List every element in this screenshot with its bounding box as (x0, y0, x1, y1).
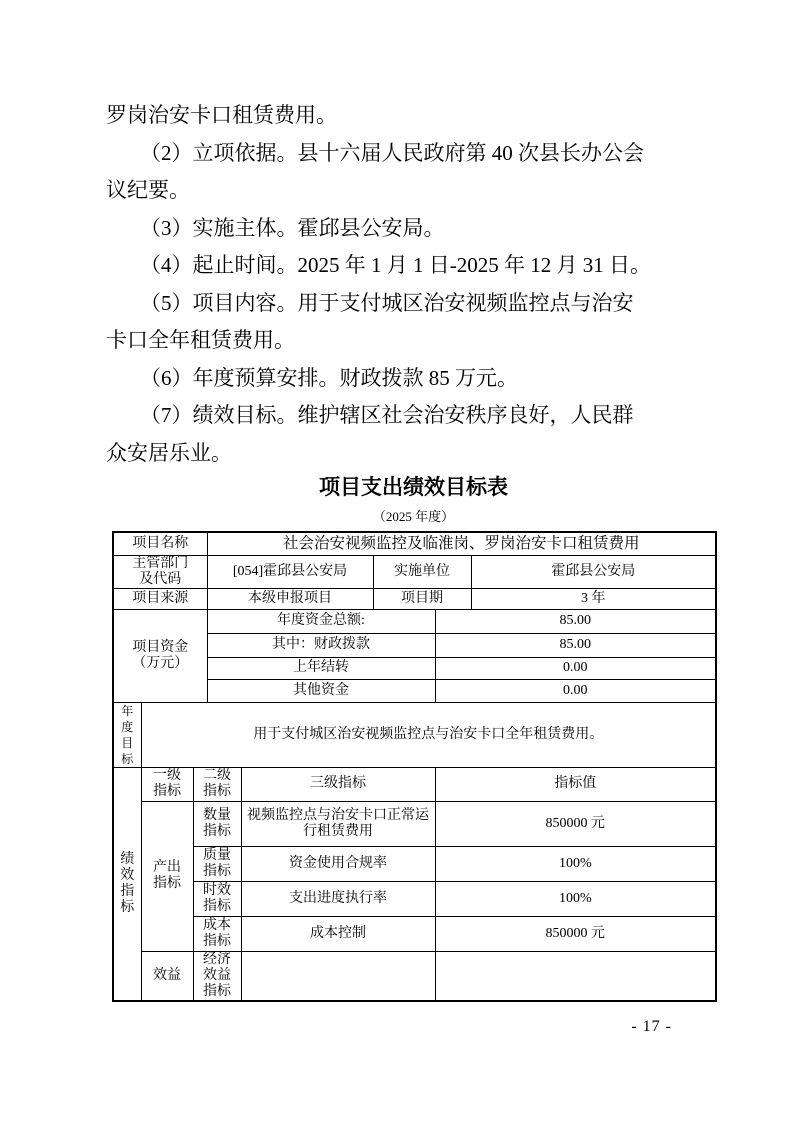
cell-project-name-label: 项目名称 (113, 532, 207, 555)
cell-project-period-value: 3 年 (471, 588, 716, 609)
cell-economic-benefit-label: 经济 效益 指标 (193, 951, 241, 1001)
cell-cost-indicator: 成本控制 (241, 916, 435, 951)
table-row: 质量 指标 资金使用合规率 100% (113, 846, 716, 881)
cell-funds-total-value: 85.00 (435, 609, 716, 633)
cell-funds-fiscal-label: 其中：财政拨款 (207, 633, 435, 657)
table-row: 产出 指标 数量 指标 视频监控点与治安卡口正常运 行租赁费用 850000 元 (113, 801, 716, 846)
cell-header-value: 指标值 (435, 767, 716, 801)
cell-timeliness-indicator: 支出进度执行率 (241, 881, 435, 916)
cell-project-source-label: 项目来源 (113, 588, 207, 609)
table-subtitle: （2025 年度） (112, 509, 715, 525)
cell-header-level3: 三级指标 (241, 767, 435, 801)
cell-timeliness-label: 时效 指标 (193, 881, 241, 916)
paragraph: 罗岗治安卡口租赁费用。 (106, 97, 692, 135)
cell-cost-value: 850000 元 (435, 916, 716, 951)
cell-funds-carryover-label: 上年结转 (207, 657, 435, 679)
table-row: 效益 经济 效益 指标 (113, 951, 716, 1001)
cell-quality-value: 100% (435, 846, 716, 881)
cell-economic-benefit-indicator (241, 951, 435, 1001)
body-text: 罗岗治安卡口租赁费用。 （2）立项依据。县十六届人民政府第 40 次县长办公会 … (106, 97, 692, 472)
paragraph: （4）起止时间。2025 年 1 月 1 日-2025 年 12 月 31 日。 (106, 247, 692, 285)
cell-impl-unit-label: 实施单位 (373, 555, 471, 588)
cell-funds-other-label: 其他资金 (207, 679, 435, 702)
cell-economic-benefit-value (435, 951, 716, 1001)
page-number: - 17 - (631, 1018, 672, 1036)
paragraph: （7）绩效目标。维护辖区社会治安秩序良好，人民群 众安居乐业。 (106, 397, 692, 472)
cell-funds-total-label: 年度资金总额: (207, 609, 435, 633)
table-row: 项目来源 本级申报项目 项目期 3 年 (113, 588, 716, 609)
cell-dept-value: [054]霍邱县公安局 (207, 555, 373, 588)
cell-output-indicator-label: 产出 指标 (141, 801, 193, 951)
cell-project-name-value: 社会治安视频监控及临淮岗、罗岗治安卡口租赁费用 (207, 532, 716, 555)
table-row: 成本 指标 成本控制 850000 元 (113, 916, 716, 951)
cell-timeliness-value: 100% (435, 881, 716, 916)
cell-dept-label: 主管部门 及代码 (113, 555, 207, 588)
performance-target-table: 项目名称 社会治安视频监控及临淮岗、罗岗治安卡口租赁费用 主管部门 及代码 [0… (112, 531, 717, 1002)
cell-project-source-value: 本级申报项目 (207, 588, 373, 609)
paragraph: （3）实施主体。霍邱县公安局。 (106, 210, 692, 248)
cell-annual-goal-text: 用于支付城区治安视频监控点与治安卡口全年租赁费用。 (141, 702, 716, 767)
table-row: 时效 指标 支出进度执行率 100% (113, 881, 716, 916)
cell-header-level1: 一级 指标 (141, 767, 193, 801)
cell-funds-other-value: 0.00 (435, 679, 716, 702)
cell-funds-label: 项目资金 （万元） (113, 609, 207, 702)
cell-quantity-indicator: 视频监控点与治安卡口正常运 行租赁费用 (241, 801, 435, 846)
document-page: 罗岗治安卡口租赁费用。 （2）立项依据。县十六届人民政府第 40 次县长办公会 … (0, 0, 793, 1122)
cell-project-period-label: 项目期 (373, 588, 471, 609)
cell-quantity-value: 850000 元 (435, 801, 716, 846)
cell-quality-label: 质量 指标 (193, 846, 241, 881)
cell-quantity-label: 数量 指标 (193, 801, 241, 846)
table-title: 项目支出绩效目标表 (112, 470, 715, 504)
table-row: 绩 效 指 标 一级 指标 二级 指标 三级指标 指标值 (113, 767, 716, 801)
table-row: 项目资金 （万元） 年度资金总额: 85.00 (113, 609, 716, 633)
cell-funds-carryover-value: 0.00 (435, 657, 716, 679)
cell-benefit-label: 效益 (141, 951, 193, 1001)
cell-impl-unit-value: 霍邱县公安局 (471, 555, 716, 588)
cell-header-level2: 二级 指标 (193, 767, 241, 801)
cell-annual-goal-label: 年 度 目 标 (113, 702, 141, 767)
cell-quality-indicator: 资金使用合规率 (241, 846, 435, 881)
table-row: 项目名称 社会治安视频监控及临淮岗、罗岗治安卡口租赁费用 (113, 532, 716, 555)
paragraph: （6）年度预算安排。财政拨款 85 万元。 (106, 360, 692, 398)
cell-funds-fiscal-value: 85.00 (435, 633, 716, 657)
cell-perf-indicator-label: 绩 效 指 标 (113, 767, 141, 1001)
cell-cost-label: 成本 指标 (193, 916, 241, 951)
table-row: 年 度 目 标 用于支付城区治安视频监控点与治安卡口全年租赁费用。 (113, 702, 716, 767)
paragraph: （2）立项依据。县十六届人民政府第 40 次县长办公会 议纪要。 (106, 135, 692, 210)
table-row: 主管部门 及代码 [054]霍邱县公安局 实施单位 霍邱县公安局 (113, 555, 716, 588)
paragraph: （5）项目内容。用于支付城区治安视频监控点与治安 卡口全年租赁费用。 (106, 285, 692, 360)
